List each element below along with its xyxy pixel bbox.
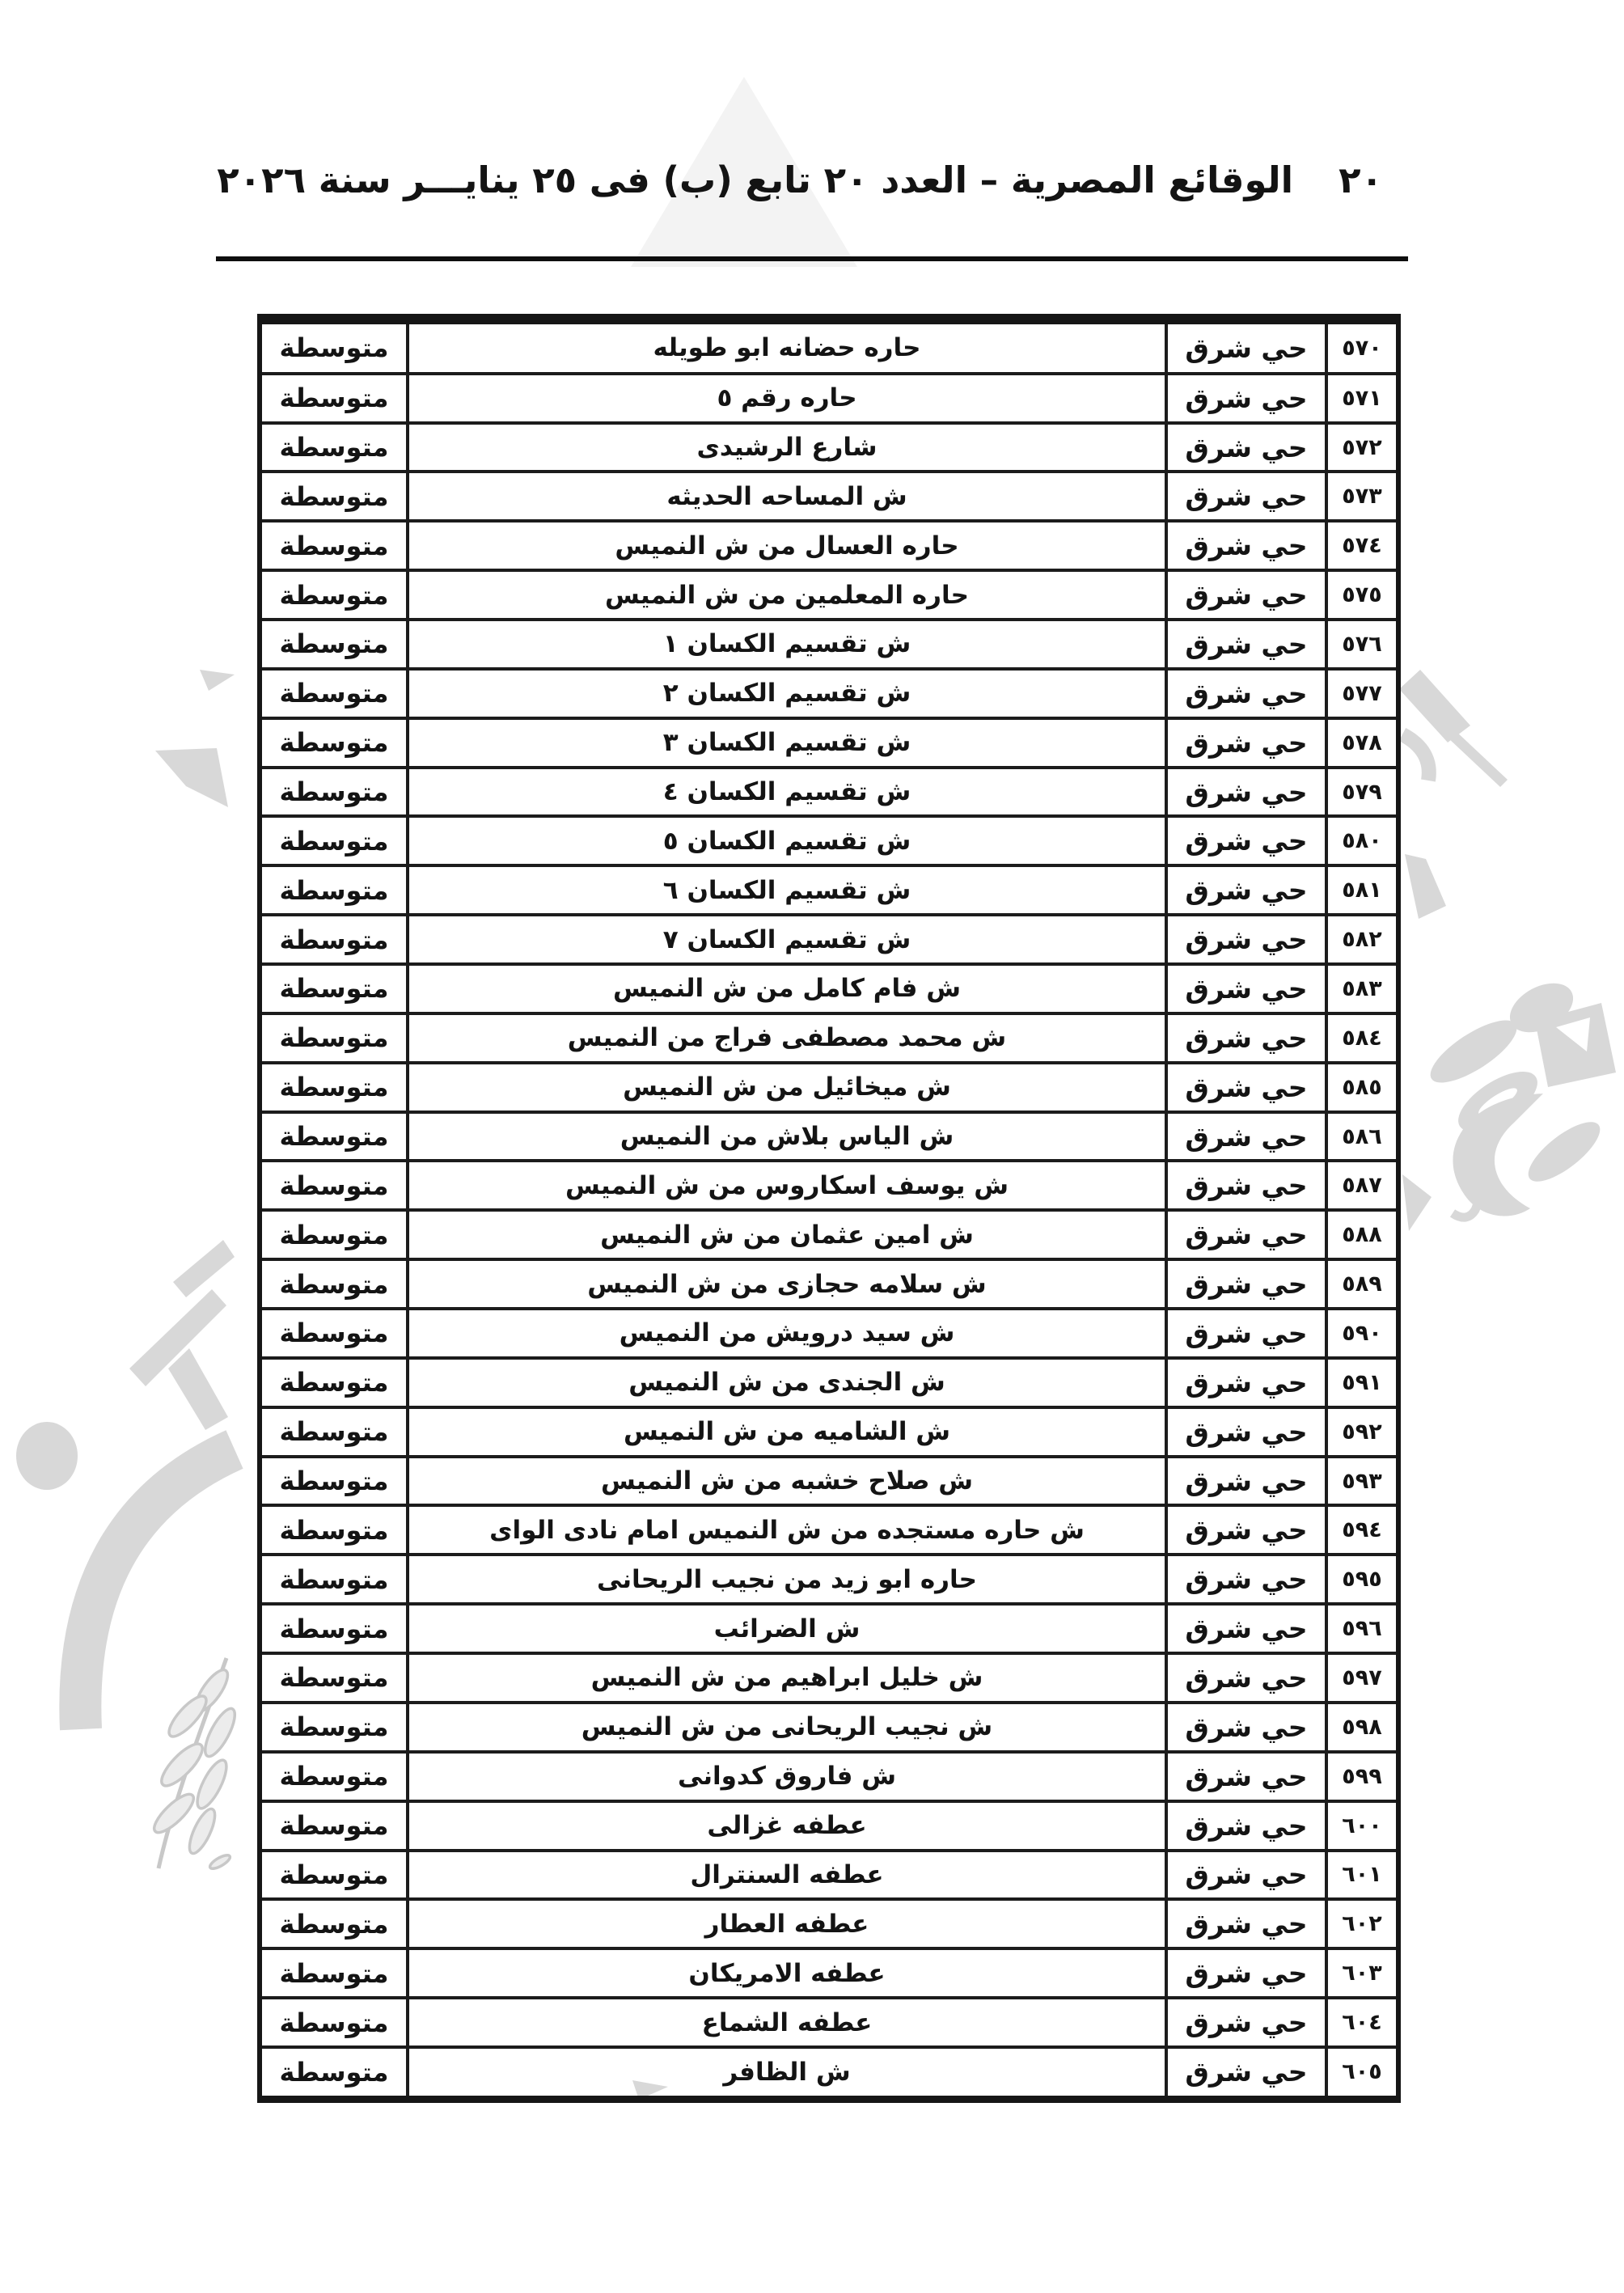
row-number-cell: ٥٨٢: [1326, 915, 1398, 964]
table-row: ٥٨٦ حي شرق ش الياس بلاش من النميس متوسطة: [260, 1112, 1398, 1161]
district-cell: حي شرق: [1166, 1801, 1326, 1851]
street-name-cell: شارع الرشيدى: [408, 423, 1166, 472]
street-name-cell: ش المساحه الحديثه: [408, 472, 1166, 521]
row-number-cell: ٥٩٣: [1326, 1457, 1398, 1506]
district-cell: حي شرق: [1166, 718, 1326, 768]
row-number-cell: ٥٩٥: [1326, 1555, 1398, 1604]
street-name-cell: عطفه السنترال: [408, 1851, 1166, 1900]
table-row: ٥٩٥ حي شرق حاره ابو زيد من نجيب الريحانى…: [260, 1555, 1398, 1604]
table-row: ٥٩٨ حي شرق ش نجيب الريحانى من ش النميس م…: [260, 1703, 1398, 1752]
district-cell: حي شرق: [1166, 1112, 1326, 1161]
row-number-cell: ٦٠١: [1326, 1851, 1398, 1900]
classification-cell: متوسطة: [260, 1457, 408, 1506]
district-cell: حي شرق: [1166, 1604, 1326, 1653]
district-cell: حي شرق: [1166, 374, 1326, 423]
row-number-cell: ٥٨٨: [1326, 1210, 1398, 1259]
district-cell: حي شرق: [1166, 620, 1326, 669]
row-number-cell: ٦٠٢: [1326, 1899, 1398, 1948]
table-row: ٥٩٦ حي شرق ش الضرائب متوسطة: [260, 1604, 1398, 1653]
table-row: ٥٧٢ حي شرق شارع الرشيدى متوسطة: [260, 423, 1398, 472]
row-number-cell: ٥٧٩: [1326, 768, 1398, 817]
district-cell: حي شرق: [1166, 319, 1326, 374]
classification-cell: متوسطة: [260, 1555, 408, 1604]
table-row: ٦٠١ حي شرق عطفه السنترال متوسطة: [260, 1851, 1398, 1900]
table-row: ٥٨٩ حي شرق ش سلامه حجازى من ش النميس متو…: [260, 1259, 1398, 1309]
classification-cell: متوسطة: [260, 1161, 408, 1210]
district-cell: حي شرق: [1166, 816, 1326, 865]
district-cell: حي شرق: [1166, 521, 1326, 570]
classification-cell: متوسطة: [260, 865, 408, 915]
table-row: ٥٩٢ حي شرق ش الشاميه من ش النميس متوسطة: [260, 1407, 1398, 1457]
row-number-cell: ٥٩٤: [1326, 1505, 1398, 1555]
district-cell: حي شرق: [1166, 669, 1326, 718]
classification-cell: متوسطة: [260, 374, 408, 423]
street-name-cell: ش محمد مصطفى فراج من النميس: [408, 1013, 1166, 1063]
classification-cell: متوسطة: [260, 1653, 408, 1703]
classification-cell: متوسطة: [260, 1851, 408, 1900]
district-cell: حي شرق: [1166, 1309, 1326, 1358]
row-number-cell: ٥٨٦: [1326, 1112, 1398, 1161]
table-row: ٥٩٣ حي شرق ش صلاح خشبه من ش النميس متوسط…: [260, 1457, 1398, 1506]
district-cell: حي شرق: [1166, 472, 1326, 521]
classification-cell: متوسطة: [260, 1604, 408, 1653]
row-number-cell: ٥٧٥: [1326, 570, 1398, 620]
header-rule: [216, 256, 1408, 261]
classification-cell: متوسطة: [260, 1752, 408, 1801]
classification-cell: متوسطة: [260, 1063, 408, 1112]
classification-cell: متوسطة: [260, 669, 408, 718]
district-cell: حي شرق: [1166, 1259, 1326, 1309]
table-row: ٥٧٦ حي شرق ش تقسيم الكسان ١ متوسطة: [260, 620, 1398, 669]
table-row: ٥٩٤ حي شرق ش حاره مستجده من ش النميس اما…: [260, 1505, 1398, 1555]
street-name-cell: حاره رقم ٥: [408, 374, 1166, 423]
street-name-cell: ش الضرائب: [408, 1604, 1166, 1653]
district-cell: حي شرق: [1166, 1752, 1326, 1801]
street-name-cell: ش سلامه حجازى من ش النميس: [408, 1259, 1166, 1309]
row-number-cell: ٦٠٤: [1326, 1998, 1398, 2047]
classification-cell: متوسطة: [260, 1259, 408, 1309]
district-cell: حي شرق: [1166, 1948, 1326, 1998]
street-name-cell: ش الشاميه من ش النميس: [408, 1407, 1166, 1457]
street-name-cell: ش الظافر: [408, 2047, 1166, 2100]
street-name-cell: حاره العسال من ش النميس: [408, 521, 1166, 570]
street-name-cell: عطفه غزالى: [408, 1801, 1166, 1851]
street-name-cell: ش فاروق كدوانى: [408, 1752, 1166, 1801]
row-number-cell: ٥٩٦: [1326, 1604, 1398, 1653]
table-row: ٥٧٩ حي شرق ش تقسيم الكسان ٤ متوسطة: [260, 768, 1398, 817]
district-cell: حي شرق: [1166, 1998, 1326, 2047]
classification-cell: متوسطة: [260, 1309, 408, 1358]
classification-cell: متوسطة: [260, 1703, 408, 1752]
page-number: ٢٠: [1339, 159, 1383, 201]
classification-cell: متوسطة: [260, 423, 408, 472]
district-cell: حي شرق: [1166, 768, 1326, 817]
street-name-cell: ش حاره مستجده من ش النميس امام نادى الوا…: [408, 1505, 1166, 1555]
classification-cell: متوسطة: [260, 570, 408, 620]
row-number-cell: ٥٧٨: [1326, 718, 1398, 768]
table-row: ٥٩٩ حي شرق ش فاروق كدوانى متوسطة: [260, 1752, 1398, 1801]
district-cell: حي شرق: [1166, 1358, 1326, 1407]
row-number-cell: ٥٧٤: [1326, 521, 1398, 570]
row-number-cell: ٥٨٥: [1326, 1063, 1398, 1112]
street-name-cell: ش تقسيم الكسان ٣: [408, 718, 1166, 768]
row-number-cell: ٥٧٢: [1326, 423, 1398, 472]
classification-cell: متوسطة: [260, 1407, 408, 1457]
classification-cell: متوسطة: [260, 1013, 408, 1063]
table-row: ٦٠٤ حي شرق عطفه الشماع متوسطة: [260, 1998, 1398, 2047]
street-name-cell: ش صلاح خشبه من ش النميس: [408, 1457, 1166, 1506]
district-cell: حي شرق: [1166, 1851, 1326, 1900]
table-row: ٥٧٣ حي شرق ش المساحه الحديثه متوسطة: [260, 472, 1398, 521]
classification-cell: متوسطة: [260, 1210, 408, 1259]
street-name-cell: ش نجيب الريحانى من ش النميس: [408, 1703, 1166, 1752]
table-row: ٥٨٤ حي شرق ش محمد مصطفى فراج من النميس م…: [260, 1013, 1398, 1063]
row-number-cell: ٥٩١: [1326, 1358, 1398, 1407]
table-row: ٥٧٧ حي شرق ش تقسيم الكسان ٢ متوسطة: [260, 669, 1398, 718]
street-name-cell: ش تقسيم الكسان ٥: [408, 816, 1166, 865]
classification-cell: متوسطة: [260, 1801, 408, 1851]
district-cell: حي شرق: [1166, 1703, 1326, 1752]
classification-cell: متوسطة: [260, 620, 408, 669]
district-cell: حي شرق: [1166, 865, 1326, 915]
row-number-cell: ٦٠٣: [1326, 1948, 1398, 1998]
district-cell: حي شرق: [1166, 1457, 1326, 1506]
district-cell: حي شرق: [1166, 570, 1326, 620]
classification-cell: متوسطة: [260, 1899, 408, 1948]
street-name-cell: ش فام كامل من ش النميس: [408, 964, 1166, 1013]
district-cell: حي شرق: [1166, 1555, 1326, 1604]
street-name-cell: عطفه الامريكان: [408, 1948, 1166, 1998]
row-number-cell: ٦٠٥: [1326, 2047, 1398, 2100]
street-name-cell: ش سيد درويش من النميس: [408, 1309, 1166, 1358]
street-name-cell: عطفه العطار: [408, 1899, 1166, 1948]
district-cell: حي شرق: [1166, 1161, 1326, 1210]
row-number-cell: ٥٨٣: [1326, 964, 1398, 1013]
district-cell: حي شرق: [1166, 1063, 1326, 1112]
row-number-cell: ٥٧١: [1326, 374, 1398, 423]
district-cell: حي شرق: [1166, 1505, 1326, 1555]
district-cell: حي شرق: [1166, 1013, 1326, 1063]
district-cell: حي شرق: [1166, 1653, 1326, 1703]
district-cell: حي شرق: [1166, 423, 1326, 472]
row-number-cell: ٥٩٩: [1326, 1752, 1398, 1801]
row-number-cell: ٥٨٧: [1326, 1161, 1398, 1210]
classification-cell: متوسطة: [260, 472, 408, 521]
table-row: ٥٨٧ حي شرق ش يوسف اسكاروس من ش النميس مت…: [260, 1161, 1398, 1210]
table-row: ٥٧٥ حي شرق حاره المعلمين من ش النميس متو…: [260, 570, 1398, 620]
street-name-cell: ش تقسيم الكسان ٦: [408, 865, 1166, 915]
street-name-cell: حاره المعلمين من ش النميس: [408, 570, 1166, 620]
table-row: ٥٨٨ حي شرق ش امين عثمان من ش النميس متوس…: [260, 1210, 1398, 1259]
table-row: ٥٨٥ حي شرق ش ميخائيل من ش النميس متوسطة: [260, 1063, 1398, 1112]
table-row: ٥٧٨ حي شرق ش تقسيم الكسان ٣ متوسطة: [260, 718, 1398, 768]
classification-cell: متوسطة: [260, 1358, 408, 1407]
district-cell: حي شرق: [1166, 915, 1326, 964]
row-number-cell: ٥٧٦: [1326, 620, 1398, 669]
table-row: ٥٩٠ حي شرق ش سيد درويش من النميس متوسطة: [260, 1309, 1398, 1358]
street-name-cell: ش الجندى من ش النميس: [408, 1358, 1166, 1407]
row-number-cell: ٥٩٠: [1326, 1309, 1398, 1358]
streets-table-body: ٥٧٠ حي شرق حاره حضانه ابو طويله متوسطة ٥…: [260, 319, 1398, 2100]
classification-cell: متوسطة: [260, 718, 408, 768]
laurel-branch-emblem: [149, 1658, 240, 1871]
row-number-cell: ٥٩٨: [1326, 1703, 1398, 1752]
classification-cell: متوسطة: [260, 1998, 408, 2047]
table-row: ٥٨٣ حي شرق ش فام كامل من ش النميس متوسطة: [260, 964, 1398, 1013]
street-name-cell: ش يوسف اسكاروس من ش النميس: [408, 1161, 1166, 1210]
row-number-cell: ٥٨٤: [1326, 1013, 1398, 1063]
table-row: ٦٠٣ حي شرق عطفه الامريكان متوسطة: [260, 1948, 1398, 1998]
row-number-cell: ٥٧٠: [1326, 319, 1398, 374]
classification-cell: متوسطة: [260, 1112, 408, 1161]
gazette-title: الوقائع المصرية – العدد ٢٠ تابع (ب) فى ٢…: [217, 159, 1293, 201]
streets-table: ٥٧٠ حي شرق حاره حضانه ابو طويله متوسطة ٥…: [257, 314, 1401, 2103]
row-number-cell: ٥٨٠: [1326, 816, 1398, 865]
table-row: ٦٠٢ حي شرق عطفه العطار متوسطة: [260, 1899, 1398, 1948]
street-name-cell: حاره حضانه ابو طويله: [408, 319, 1166, 374]
district-cell: حي شرق: [1166, 1407, 1326, 1457]
district-cell: حي شرق: [1166, 964, 1326, 1013]
row-number-cell: ٥٨٩: [1326, 1259, 1398, 1309]
classification-cell: متوسطة: [260, 1948, 408, 1998]
street-name-cell: عطفه الشماع: [408, 1998, 1166, 2047]
classification-cell: متوسطة: [260, 964, 408, 1013]
table-row: ٥٨١ حي شرق ش تقسيم الكسان ٦ متوسطة: [260, 865, 1398, 915]
district-cell: حي شرق: [1166, 1899, 1326, 1948]
row-number-cell: ٥٩٢: [1326, 1407, 1398, 1457]
table-row: ٥٩٧ حي شرق ش خليل ابراهيم من ش النميس مت…: [260, 1653, 1398, 1703]
table-row: ٥٨٠ حي شرق ش تقسيم الكسان ٥ متوسطة: [260, 816, 1398, 865]
table-row: ٥٧٤ حي شرق حاره العسال من ش النميس متوسط…: [260, 521, 1398, 570]
classification-cell: متوسطة: [260, 2047, 408, 2100]
table-row: ٦٠٠ حي شرق عطفه غزالى متوسطة: [260, 1801, 1398, 1851]
classification-cell: متوسطة: [260, 1505, 408, 1555]
street-name-cell: ش الياس بلاش من النميس: [408, 1112, 1166, 1161]
classification-cell: متوسطة: [260, 768, 408, 817]
street-name-cell: ش تقسيم الكسان ٢: [408, 669, 1166, 718]
classification-cell: متوسطة: [260, 915, 408, 964]
row-number-cell: ٥٧٣: [1326, 472, 1398, 521]
row-number-cell: ٥٩٧: [1326, 1653, 1398, 1703]
page-header: ٢٠ الوقائع المصرية – العدد ٢٠ تابع (ب) ف…: [235, 159, 1383, 226]
table-row: ٥٨٢ حي شرق ش تقسيم الكسان ٧ متوسطة: [260, 915, 1398, 964]
table-row: ٥٧٠ حي شرق حاره حضانه ابو طويله متوسطة: [260, 319, 1398, 374]
street-name-cell: ش تقسيم الكسان ٤: [408, 768, 1166, 817]
classification-cell: متوسطة: [260, 521, 408, 570]
street-name-cell: ش تقسيم الكسان ٧: [408, 915, 1166, 964]
street-name-cell: ش ميخائيل من ش النميس: [408, 1063, 1166, 1112]
district-cell: حي شرق: [1166, 1210, 1326, 1259]
table-row: ٥٧١ حي شرق حاره رقم ٥ متوسطة: [260, 374, 1398, 423]
row-number-cell: ٦٠٠: [1326, 1801, 1398, 1851]
row-number-cell: ٥٧٧: [1326, 669, 1398, 718]
street-name-cell: ش خليل ابراهيم من ش النميس: [408, 1653, 1166, 1703]
table-row: ٥٩١ حي شرق ش الجندى من ش النميس متوسطة: [260, 1358, 1398, 1407]
row-number-cell: ٥٨١: [1326, 865, 1398, 915]
street-name-cell: ش تقسيم الكسان ١: [408, 620, 1166, 669]
district-cell: حي شرق: [1166, 2047, 1326, 2100]
classification-cell: متوسطة: [260, 816, 408, 865]
street-name-cell: حاره ابو زيد من نجيب الريحانى: [408, 1555, 1166, 1604]
street-name-cell: ش امين عثمان من ش النميس: [408, 1210, 1166, 1259]
gazette-page: { "header": { "page_number": "٢٠", "titl…: [0, 0, 1624, 2293]
table-row: ٦٠٥ حي شرق ش الظافر متوسطة: [260, 2047, 1398, 2100]
classification-cell: متوسطة: [260, 319, 408, 374]
